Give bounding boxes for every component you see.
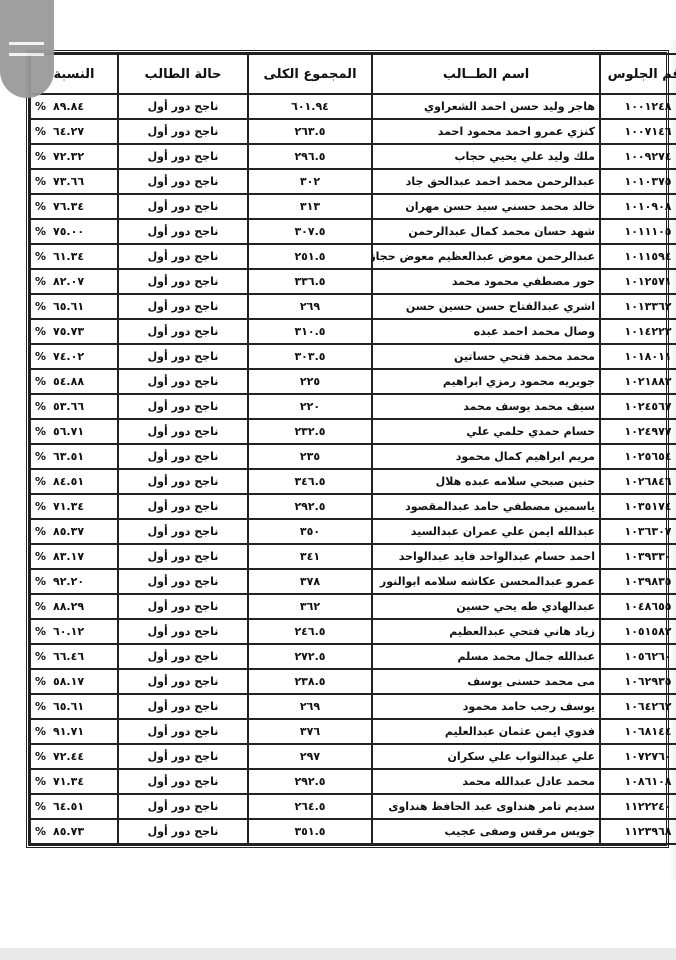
seat-number-cell: ١٠٦٤٢٦٢ <box>600 694 676 719</box>
total-score-cell: ٣٤٦.٥ <box>248 469 372 494</box>
total-score-cell: ٣٠٢ <box>248 169 372 194</box>
percentage-value: ٩٢.٢٠ <box>53 575 84 588</box>
percent-sign: % <box>35 400 53 413</box>
percentage-cell: %٧١.٣٤ <box>30 494 118 519</box>
seat-number-cell: ١٠١٨٠١١ <box>600 344 676 369</box>
percent-sign: % <box>35 700 53 713</box>
student-name-cell: عبدالرحمن محمد احمد عبدالحق جاد <box>372 169 600 194</box>
student-name-cell: زياد هاني فتحي عبدالعظيم <box>372 619 600 644</box>
total-score-cell: ٢٦٤.٥ <box>248 794 372 819</box>
percentage-value: ٦٤.٥١ <box>53 800 84 813</box>
seat-number-cell: ١٠٦٨١٤٤ <box>600 719 676 744</box>
total-score-cell: ٣٣٦.٥ <box>248 269 372 294</box>
percentage-value: ٧٤.٠٢ <box>53 350 84 363</box>
seat-number-cell: ١٠٥٦٢٦٠ <box>600 644 676 669</box>
seat-number-cell: ١٠٨٦١٠٨ <box>600 769 676 794</box>
percentage-value: ٧٥.٧٣ <box>53 325 84 338</box>
student-status-cell: ناجح دور أول <box>118 169 248 194</box>
table-row: ١٠٣٥١٧٤ياسمين مصطفي حامد عبدالمقصود٢٩٢.٥… <box>30 494 676 519</box>
student-status-cell: ناجح دور أول <box>118 669 248 694</box>
student-name-cell: ملك وليد علي يحيي حجاب <box>372 144 600 169</box>
percent-sign: % <box>35 600 53 613</box>
table-row: ١٠٣٦٣٠٧عبدالله ايمن علي عمران عبدالسيد٣٥… <box>30 519 676 544</box>
header-student-status: حالة الطالب <box>118 54 248 94</box>
percentage-cell: %٧١.٣٤ <box>30 769 118 794</box>
table-row: ١٠٣٩٨٣٥عمرو عبدالمحسن عكاشه سلامه ابوالن… <box>30 569 676 594</box>
percentage-cell: %٩٢.٢٠ <box>30 569 118 594</box>
seat-number-cell: ١٠٢١٨٨٣ <box>600 369 676 394</box>
table-row: ١٠١١٥٩٤عبدالرحمن معوض عبدالعظيم معوض حجا… <box>30 244 676 269</box>
percentage-cell: %٨٥.٣٧ <box>30 519 118 544</box>
student-name-cell: جويريه محمود رمزي ابراهيم <box>372 369 600 394</box>
student-name-cell: هاجر وليد حسن احمد الشعراوي <box>372 94 600 119</box>
percent-sign: % <box>35 625 53 638</box>
table-row: ١٠٨٦١٠٨محمد عادل عبدالله محمد٢٩٢.٥ناجح د… <box>30 769 676 794</box>
percentage-cell: %٦٦.٤٦ <box>30 644 118 669</box>
percentage-value: ٦١.٣٤ <box>53 250 84 263</box>
percentage-cell: %٧٦.٣٤ <box>30 194 118 219</box>
student-name-cell: ياسمين مصطفي حامد عبدالمقصود <box>372 494 600 519</box>
total-score-cell: ٢٩٢.٥ <box>248 769 372 794</box>
percentage-value: ٦٦.٤٦ <box>53 650 84 663</box>
student-name-cell: عبدالرحمن معوض عبدالعظيم معوض حجاز <box>372 244 600 269</box>
seat-number-cell: ١٠٢٦٨٤٦ <box>600 469 676 494</box>
student-status-cell: ناجح دور أول <box>118 219 248 244</box>
student-name-cell: كنزي عمرو احمد محمود احمد <box>372 119 600 144</box>
percentage-value: ٨٥.٣٧ <box>53 525 84 538</box>
student-name-cell: احمد حسام عبدالواحد فايد عبدالواحد <box>372 544 600 569</box>
seat-number-cell: ١٠١٤٢٢٣ <box>600 319 676 344</box>
percent-sign: % <box>35 475 53 488</box>
percent-sign: % <box>35 325 53 338</box>
student-name-cell: محمد محمد فتحي حساتين <box>372 344 600 369</box>
student-status-cell: ناجح دور أول <box>118 94 248 119</box>
total-score-cell: ٦٠١.٩٤ <box>248 94 372 119</box>
percent-sign: % <box>35 550 53 563</box>
total-score-cell: ٢٦٣.٥ <box>248 119 372 144</box>
student-status-cell: ناجح دور أول <box>118 469 248 494</box>
total-score-cell: ٢٣٥ <box>248 444 372 469</box>
menu-icon-line <box>9 53 44 56</box>
table-row: ١٠٠٩٢٧٤ملك وليد علي يحيي حجاب٢٩٦.٥ناجح د… <box>30 144 676 169</box>
percentage-cell: %٦٥.٦١ <box>30 694 118 719</box>
percent-sign: % <box>35 250 53 263</box>
results-table: رقم الجلوس اسم الطــالب المجموع الكلى حا… <box>29 53 676 845</box>
percentage-value: ٧٦.٣٤ <box>53 200 84 213</box>
student-name-cell: سيف محمد يوسف محمد <box>372 394 600 419</box>
table-row: ١٠٢٥٦٥٤مريم ابراهيم كمال محمود٢٣٥ناجح دو… <box>30 444 676 469</box>
student-name-cell: فدوي ايمن عثمان عبدالعليم <box>372 719 600 744</box>
student-status-cell: ناجح دور أول <box>118 119 248 144</box>
percentage-cell: %٧٢.٣٢ <box>30 144 118 169</box>
percentage-cell: %٧٤.٠٢ <box>30 344 118 369</box>
total-score-cell: ٢٦٩ <box>248 294 372 319</box>
percentage-cell: %٦٠.١٢ <box>30 619 118 644</box>
student-name-cell: حسام حمدي حلمي علي <box>372 419 600 444</box>
total-score-cell: ٣١٠.٥ <box>248 319 372 344</box>
percent-sign: % <box>35 825 53 838</box>
student-status-cell: ناجح دور أول <box>118 519 248 544</box>
total-score-cell: ٢٤٦.٥ <box>248 619 372 644</box>
student-status-cell: ناجح دور أول <box>118 619 248 644</box>
percentage-cell: %٥٨.١٧ <box>30 669 118 694</box>
menu-icon <box>9 42 44 45</box>
table-row: ١٠٠١٢٤٨هاجر وليد حسن احمد الشعراوي٦٠١.٩٤… <box>30 94 676 119</box>
percentage-cell: %٧٣.٦٦ <box>30 169 118 194</box>
student-status-cell: ناجح دور أول <box>118 694 248 719</box>
percent-sign: % <box>35 675 53 688</box>
percentage-cell: %٨٤.٥١ <box>30 469 118 494</box>
total-score-cell: ٣٠٣.٥ <box>248 344 372 369</box>
percentage-value: ٦٤.٢٧ <box>53 125 84 138</box>
percentage-value: ٥٣.٦٦ <box>53 400 84 413</box>
percentage-value: ٧١.٣٤ <box>53 500 84 513</box>
percentage-cell: %٦٣.٥١ <box>30 444 118 469</box>
table-row: ١٠٤٨٦٥٥عبدالهادي طه يحي حسين٣٦٢ناجح دور … <box>30 594 676 619</box>
table-row: ١٠٦٤٢٦٢يوسف رجب حامد محمود٢٦٩ناجح دور أو… <box>30 694 676 719</box>
percentage-value: ٦٥.٦١ <box>53 300 84 313</box>
percent-sign: % <box>35 225 53 238</box>
student-status-cell: ناجح دور أول <box>118 494 248 519</box>
percentage-value: ٦٠.١٢ <box>53 625 84 638</box>
total-score-cell: ٢٩٦.٥ <box>248 144 372 169</box>
percent-sign: % <box>35 750 53 763</box>
percent-sign: % <box>35 800 53 813</box>
student-name-cell: مى محمد حسنى يوسف <box>372 669 600 694</box>
total-score-cell: ٣٧٦ <box>248 719 372 744</box>
student-name-cell: شهد حسان محمد كمال عبدالرحمن <box>372 219 600 244</box>
total-score-cell: ٢٥١.٥ <box>248 244 372 269</box>
table-row: ١٠٢١٨٨٣جويريه محمود رمزي ابراهيم٢٢٥ناجح … <box>30 369 676 394</box>
student-name-cell: يوسف رجب حامد محمود <box>372 694 600 719</box>
student-status-cell: ناجح دور أول <box>118 244 248 269</box>
percent-sign: % <box>35 500 53 513</box>
student-status-cell: ناجح دور أول <box>118 769 248 794</box>
table-row: ١٠٧٢٧٦٠علي عبدالتواب علي سكران٢٩٧ناجح دو… <box>30 744 676 769</box>
table-row: ١٠٢٤٩٧٧حسام حمدي حلمي علي٢٣٢.٥ناجح دور أ… <box>30 419 676 444</box>
student-name-cell: وصال محمد احمد عبده <box>372 319 600 344</box>
student-name-cell: اشري عبدالفتاح حسن حسين حسن <box>372 294 600 319</box>
seat-number-cell: ١٠٣٩٨٣٥ <box>600 569 676 594</box>
percentage-cell: %٥٣.٦٦ <box>30 394 118 419</box>
percent-sign: % <box>35 150 53 163</box>
page-bottom-edge <box>0 948 676 960</box>
student-status-cell: ناجح دور أول <box>118 794 248 819</box>
student-name-cell: مريم ابراهيم كمال محمود <box>372 444 600 469</box>
total-score-cell: ٣٤١ <box>248 544 372 569</box>
percentage-value: ٥٨.١٧ <box>53 675 84 688</box>
student-status-cell: ناجح دور أول <box>118 444 248 469</box>
percentage-cell: %٨٢.٠٧ <box>30 269 118 294</box>
percentage-cell: %٦١.٣٤ <box>30 244 118 269</box>
seat-number-cell: ١٠١٣٣٦٢ <box>600 294 676 319</box>
student-status-cell: ناجح دور أول <box>118 569 248 594</box>
percentage-value: ٨٥.٧٣ <box>53 825 84 838</box>
student-status-cell: ناجح دور أول <box>118 419 248 444</box>
total-score-cell: ٣٠٧.٥ <box>248 219 372 244</box>
student-status-cell: ناجح دور أول <box>118 544 248 569</box>
student-name-cell: حنين صبحي سلامه عبده هلال <box>372 469 600 494</box>
percent-sign: % <box>35 775 53 788</box>
total-score-cell: ٣١٣ <box>248 194 372 219</box>
table-row: ١٠١٨٠١١محمد محمد فتحي حساتين٣٠٣.٥ناجح دو… <box>30 344 676 369</box>
total-score-cell: ٢٣٨.٥ <box>248 669 372 694</box>
percent-sign: % <box>35 275 53 288</box>
table-row: ١٠٦٨١٤٤فدوي ايمن عثمان عبدالعليم٣٧٦ناجح … <box>30 719 676 744</box>
student-status-cell: ناجح دور أول <box>118 144 248 169</box>
percentage-cell: %٨٨.٢٩ <box>30 594 118 619</box>
percentage-value: ٧٢.٣٢ <box>53 150 84 163</box>
table-header-row: رقم الجلوس اسم الطــالب المجموع الكلى حا… <box>30 54 676 94</box>
table-row: ١١٢٣٩٦٨جويس مرقس وصفى عجيب٣٥١.٥ناجح دور … <box>30 819 676 844</box>
seat-number-cell: ١٠١٠٩٠٨ <box>600 194 676 219</box>
table-row: ١٠٠٧١٤٦كنزي عمرو احمد محمود احمد٢٦٣.٥ناج… <box>30 119 676 144</box>
student-status-cell: ناجح دور أول <box>118 394 248 419</box>
percent-sign: % <box>35 125 53 138</box>
seat-number-cell: ١٠٣٥١٧٤ <box>600 494 676 519</box>
percentage-value: ٥٤.٨٨ <box>53 375 84 388</box>
seat-number-cell: ١٠٠٧١٤٦ <box>600 119 676 144</box>
seat-number-cell: ١٠٢٤٩٧٧ <box>600 419 676 444</box>
header-total-score: المجموع الكلى <box>248 54 372 94</box>
student-status-cell: ناجح دور أول <box>118 719 248 744</box>
student-status-cell: ناجح دور أول <box>118 819 248 844</box>
total-score-cell: ٢٢٥ <box>248 369 372 394</box>
student-status-cell: ناجح دور أول <box>118 319 248 344</box>
percent-sign: % <box>35 525 53 538</box>
seat-number-cell: ١٠١١٥٩٤ <box>600 244 676 269</box>
percent-sign: % <box>35 650 53 663</box>
percent-sign: % <box>35 575 53 588</box>
student-status-cell: ناجح دور أول <box>118 344 248 369</box>
seat-number-cell: ١٠٠٩٢٧٤ <box>600 144 676 169</box>
student-name-cell: سديم تامر هنداوى عبد الحافظ هنداوى <box>372 794 600 819</box>
percentage-value: ٨٩.٨٤ <box>53 100 84 113</box>
seat-number-cell: ١١٢٢٢٤٠ <box>600 794 676 819</box>
percentage-cell: %٦٥.٦١ <box>30 294 118 319</box>
student-name-cell: علي عبدالتواب علي سكران <box>372 744 600 769</box>
percentage-value: ٧١.٣٤ <box>53 775 84 788</box>
percentage-cell: %٨٥.٧٣ <box>30 819 118 844</box>
results-table-body: ١٠٠١٢٤٨هاجر وليد حسن احمد الشعراوي٦٠١.٩٤… <box>30 94 676 844</box>
seat-number-cell: ١٠٤٨٦٥٥ <box>600 594 676 619</box>
seat-number-cell: ١٠١٠٣٧٥ <box>600 169 676 194</box>
total-score-cell: ٢٢٠ <box>248 394 372 419</box>
seat-number-cell: ١٠٦٢٩٣٥ <box>600 669 676 694</box>
percent-sign: % <box>35 300 53 313</box>
percentage-value: ٦٣.٥١ <box>53 450 84 463</box>
student-name-cell: عمرو عبدالمحسن عكاشه سلامه ابوالنور <box>372 569 600 594</box>
percent-sign: % <box>35 425 53 438</box>
percent-sign: % <box>35 200 53 213</box>
percentage-value: ٧٥.٠٠ <box>53 225 84 238</box>
percentage-value: ٧٢.٤٤ <box>53 750 84 763</box>
total-score-cell: ٢٩٢.٥ <box>248 494 372 519</box>
header-seat-number: رقم الجلوس <box>600 54 676 94</box>
seat-number-cell: ١٠١٢٥٧١ <box>600 269 676 294</box>
student-status-cell: ناجح دور أول <box>118 194 248 219</box>
student-name-cell: عبدالهادي طه يحي حسين <box>372 594 600 619</box>
table-row: ١٠١٤٢٢٣وصال محمد احمد عبده٣١٠.٥ناجح دور … <box>30 319 676 344</box>
percent-sign: % <box>35 175 53 188</box>
total-score-cell: ٢٧٢.٥ <box>248 644 372 669</box>
floating-menu-button[interactable] <box>0 0 54 98</box>
header-student-name: اسم الطــالب <box>372 54 600 94</box>
percentage-value: ٥٦.٧١ <box>53 425 84 438</box>
table-row: ١٠٢٤٥٦٧سيف محمد يوسف محمد٢٢٠ناجح دور أول… <box>30 394 676 419</box>
table-row: ١٠٢٦٨٤٦حنين صبحي سلامه عبده هلال٣٤٦.٥ناج… <box>30 469 676 494</box>
percentage-cell: %٨٩.٨٤ <box>30 94 118 119</box>
total-score-cell: ٢٦٩ <box>248 694 372 719</box>
seat-number-cell: ١٠٢٥٦٥٤ <box>600 444 676 469</box>
student-status-cell: ناجح دور أول <box>118 644 248 669</box>
total-score-cell: ٣٥٠ <box>248 519 372 544</box>
student-name-cell: عبدالله جمال محمد مسلم <box>372 644 600 669</box>
seat-number-cell: ١٠١١١٠٥ <box>600 219 676 244</box>
total-score-cell: ٣٦٢ <box>248 594 372 619</box>
percent-sign: % <box>35 350 53 363</box>
student-name-cell: عبدالله ايمن علي عمران عبدالسيد <box>372 519 600 544</box>
student-status-cell: ناجح دور أول <box>118 269 248 294</box>
table-row: ١٠٥١٥٨٢زياد هاني فتحي عبدالعظيم٢٤٦.٥ناجح… <box>30 619 676 644</box>
student-name-cell: حور مصطفي محمود محمد <box>372 269 600 294</box>
percentage-value: ٧٣.٦٦ <box>53 175 84 188</box>
percentage-cell: %٦٤.٢٧ <box>30 119 118 144</box>
percentage-value: ٨٤.٥١ <box>53 475 84 488</box>
percentage-cell: %٧٥.٠٠ <box>30 219 118 244</box>
table-row: ١١٢٢٢٤٠سديم تامر هنداوى عبد الحافظ هنداو… <box>30 794 676 819</box>
seat-number-cell: ١٠٥١٥٨٢ <box>600 619 676 644</box>
seat-number-cell: ١٠٣٩٣٣٠ <box>600 544 676 569</box>
percentage-value: ٩١.٧١ <box>53 725 84 738</box>
student-status-cell: ناجح دور أول <box>118 369 248 394</box>
table-row: ١٠١٢٥٧١حور مصطفي محمود محمد٣٣٦.٥ناجح دور… <box>30 269 676 294</box>
total-score-cell: ٢٣٢.٥ <box>248 419 372 444</box>
student-status-cell: ناجح دور أول <box>118 294 248 319</box>
table-row: ١٠٥٦٢٦٠عبدالله جمال محمد مسلم٢٧٢.٥ناجح د… <box>30 644 676 669</box>
seat-number-cell: ١٠٢٤٥٦٧ <box>600 394 676 419</box>
percentage-value: ٦٥.٦١ <box>53 700 84 713</box>
percentage-value: ٨٣.١٧ <box>53 550 84 563</box>
results-table-container: رقم الجلوس اسم الطــالب المجموع الكلى حا… <box>26 50 669 848</box>
table-row: ١٠١٠٣٧٥عبدالرحمن محمد احمد عبدالحق جاد٣٠… <box>30 169 676 194</box>
table-row: ١٠٣٩٣٣٠احمد حسام عبدالواحد فايد عبدالواح… <box>30 544 676 569</box>
student-name-cell: محمد عادل عبدالله محمد <box>372 769 600 794</box>
percentage-value: ٨٨.٢٩ <box>53 600 84 613</box>
percentage-cell: %٩١.٧١ <box>30 719 118 744</box>
percentage-cell: %٥٤.٨٨ <box>30 369 118 394</box>
percentage-cell: %٦٤.٥١ <box>30 794 118 819</box>
student-status-cell: ناجح دور أول <box>118 744 248 769</box>
seat-number-cell: ١٠٧٢٧٦٠ <box>600 744 676 769</box>
percentage-cell: %٧٥.٧٣ <box>30 319 118 344</box>
student-status-cell: ناجح دور أول <box>118 594 248 619</box>
table-row: ١٠١٣٣٦٢اشري عبدالفتاح حسن حسين حسن٢٦٩ناج… <box>30 294 676 319</box>
table-row: ١٠١١١٠٥شهد حسان محمد كمال عبدالرحمن٣٠٧.٥… <box>30 219 676 244</box>
seat-number-cell: ١٠٠١٢٤٨ <box>600 94 676 119</box>
student-name-cell: جويس مرقس وصفى عجيب <box>372 819 600 844</box>
percent-sign: % <box>35 375 53 388</box>
percentage-cell: %٨٣.١٧ <box>30 544 118 569</box>
percent-sign: % <box>35 100 53 113</box>
total-score-cell: ٣٥١.٥ <box>248 819 372 844</box>
table-row: ١٠٦٢٩٣٥مى محمد حسنى يوسف٢٣٨.٥ناجح دور أو… <box>30 669 676 694</box>
percentage-cell: %٥٦.٧١ <box>30 419 118 444</box>
total-score-cell: ٣٧٨ <box>248 569 372 594</box>
percent-sign: % <box>35 725 53 738</box>
seat-number-cell: ١١٢٣٩٦٨ <box>600 819 676 844</box>
percentage-cell: %٧٢.٤٤ <box>30 744 118 769</box>
percentage-value: ٨٢.٠٧ <box>53 275 84 288</box>
total-score-cell: ٢٩٧ <box>248 744 372 769</box>
seat-number-cell: ١٠٣٦٣٠٧ <box>600 519 676 544</box>
percent-sign: % <box>35 450 53 463</box>
table-row: ١٠١٠٩٠٨خالد محمد حسني سيد حسن مهران٣١٣نا… <box>30 194 676 219</box>
student-name-cell: خالد محمد حسني سيد حسن مهران <box>372 194 600 219</box>
